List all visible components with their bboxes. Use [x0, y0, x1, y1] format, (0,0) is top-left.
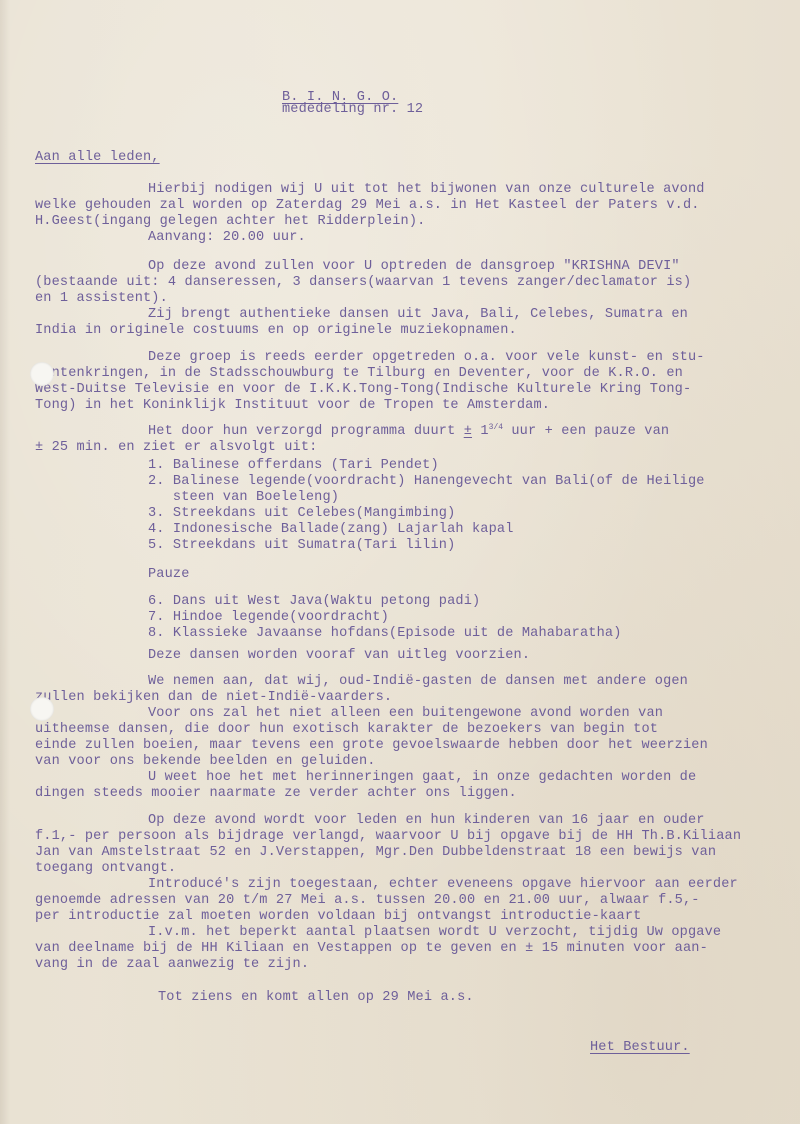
program-intro-line-1: Het door hun verzorgd programma duurt ± …	[148, 424, 669, 440]
bulletin-number: mededeling nr. 12	[282, 102, 423, 117]
program-item: 6. Dans uit West Java(Waktu petong padi)	[148, 594, 480, 609]
punch-hole-bottom	[30, 697, 54, 721]
body-text-line: Aanvang: 20.00 uur.	[148, 230, 306, 245]
body-text-line: West-Duitse Televisie en voor de I.K.K.T…	[35, 382, 691, 397]
body-text-line: dingen steeds mooier naarmate ze verder …	[35, 786, 517, 801]
body-text-line: toegang ontvangt.	[35, 861, 176, 876]
body-text-line: Op deze avond wordt voor leden en hun ki…	[148, 813, 705, 828]
body-text-line: zullen bekijken dan de niet-Indië-vaarde…	[35, 690, 392, 705]
body-text-line: vang in de zaal aanwezig te zijn.	[35, 957, 309, 972]
body-text-line: India in originele costuums en op origin…	[35, 323, 517, 338]
body-text-line: uitheemse dansen, die door hun exotisch …	[35, 722, 658, 737]
plus-minus-sign: ±	[464, 424, 472, 439]
body-text-line: Op deze avond zullen voor U optreden de …	[148, 259, 680, 274]
body-text-line: per introductie zal moeten worden voldaa…	[35, 909, 641, 924]
body-text-line: dentenkringen, in de Stadsschouwburg te …	[35, 366, 683, 381]
program-item: Deze dansen worden vooraf van uitleg voo…	[148, 648, 530, 663]
program-item: Pauze	[148, 567, 190, 582]
body-text-line: H.Geest(ingang gelegen achter het Ridder…	[35, 214, 425, 229]
program-item: 7. Hindoe legende(voordracht)	[148, 610, 389, 625]
body-text-line: Introducé's zijn toegestaan, echter even…	[148, 877, 738, 892]
body-text-line: Zij brengt authentieke dansen uit Java, …	[148, 307, 688, 322]
program-item: 5. Streekdans uit Sumatra(Tari lilin)	[148, 538, 455, 553]
program-intro-text: Het door hun verzorgd programma duurt	[148, 424, 464, 439]
program-item: 4. Indonesische Ballade(zang) Lajarlah k…	[148, 522, 514, 537]
body-text-line: einde zullen boeien, maar tevens een gro…	[35, 738, 708, 753]
body-text-line: U weet hoe het met herinneringen gaat, i…	[148, 770, 696, 785]
salutation: Aan alle leden,	[35, 150, 160, 165]
body-text-line: van deelname bij de HH Kiliaan en Vestap…	[35, 941, 708, 956]
punch-hole-top	[30, 362, 54, 386]
duration-whole: 1	[472, 424, 489, 439]
program-intro-line-2: ± 25 min. en ziet er alsvolgt uit:	[35, 440, 317, 455]
program-item: steen van Boeleleng)	[148, 490, 339, 505]
body-text-line: We nemen aan, dat wij, oud-Indië-gasten …	[148, 674, 688, 689]
program-item: 3. Streekdans uit Celebes(Mangimbing)	[148, 506, 455, 521]
program-item: 8. Klassieke Javaanse hofdans(Episode ui…	[148, 626, 622, 641]
body-text-line: Voor ons zal het niet alleen een buiteng…	[148, 706, 663, 721]
body-text-line: I.v.m. het beperkt aantal plaatsen wordt…	[148, 925, 721, 940]
program-item: 1. Balinese offerdans (Tari Pendet)	[148, 458, 439, 473]
signature: Het Bestuur.	[590, 1040, 690, 1055]
body-text-line: Jan van Amstelstraat 52 en J.Verstappen,…	[35, 845, 716, 860]
body-text-line: Tong) in het Koninklijk Instituut voor d…	[35, 398, 550, 413]
program-item: 2. Balinese legende(voordracht) Hanengev…	[148, 474, 705, 489]
body-text-line: Hierbij nodigen wij U uit tot het bijwon…	[148, 182, 705, 197]
body-text-line: van voor ons bekende beelden en geluiden…	[35, 754, 376, 769]
body-text-line: f.1,- per persoon als bijdrage verlangd,…	[35, 829, 741, 844]
body-text-line: en 1 assistent).	[35, 291, 168, 306]
program-intro-text-end: uur + een pauze van	[503, 424, 669, 439]
duration-fraction: 3/4	[489, 423, 503, 432]
body-text-line: (bestaande uit: 4 danseressen, 3 dansers…	[35, 275, 691, 290]
body-text-line: Tot ziens en komt allen op 29 Mei a.s.	[158, 990, 474, 1005]
body-text-line: welke gehouden zal worden op Zaterdag 29…	[35, 198, 700, 213]
body-text-line: genoemde adressen van 20 t/m 27 Mei a.s.…	[35, 893, 700, 908]
body-text-line: Deze groep is reeds eerder opgetreden o.…	[148, 350, 705, 365]
